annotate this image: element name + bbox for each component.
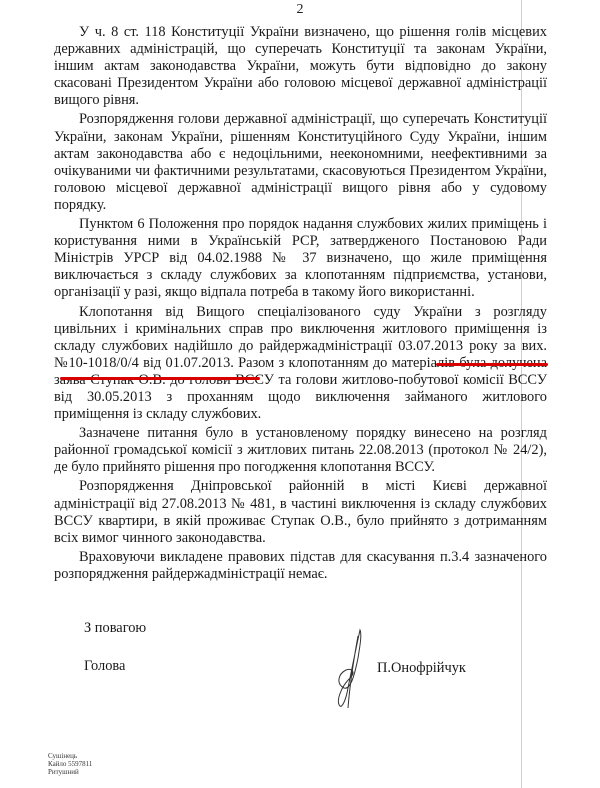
signer-position: Голова xyxy=(84,658,125,675)
paragraph-conclusion: Враховуючи викладене правових підстав дл… xyxy=(54,549,547,583)
signature-icon xyxy=(330,628,370,712)
page-number: 2 xyxy=(0,2,600,18)
executor-footer: Сушінець Кайло 5597811 Ритушний xyxy=(48,752,92,776)
paragraph-regulation: Пунктом 6 Положення про порядок надання … xyxy=(54,216,547,301)
closing-salutation: З повагою xyxy=(84,620,146,637)
letter-body: У ч. 8 ст. 118 Конституції України визна… xyxy=(54,24,547,585)
paragraph-constitution: У ч. 8 ст. 118 Конституції України визна… xyxy=(54,24,547,109)
red-underline-2 xyxy=(60,377,260,380)
paragraph-commission: Зазначене питання було в установленому п… xyxy=(54,425,547,476)
footer-line: Сушінець xyxy=(48,752,92,760)
paragraph-orders: Розпорядження голови державної адміністр… xyxy=(54,111,547,214)
footer-line: Ритушний xyxy=(48,768,92,776)
footer-line: Кайло 5597811 xyxy=(48,760,92,768)
red-underline-1 xyxy=(436,363,548,366)
signer-name: П.Онофрійчук xyxy=(377,660,466,677)
paragraph-decree: Розпорядження Дніпровської районній в мі… xyxy=(54,478,547,546)
